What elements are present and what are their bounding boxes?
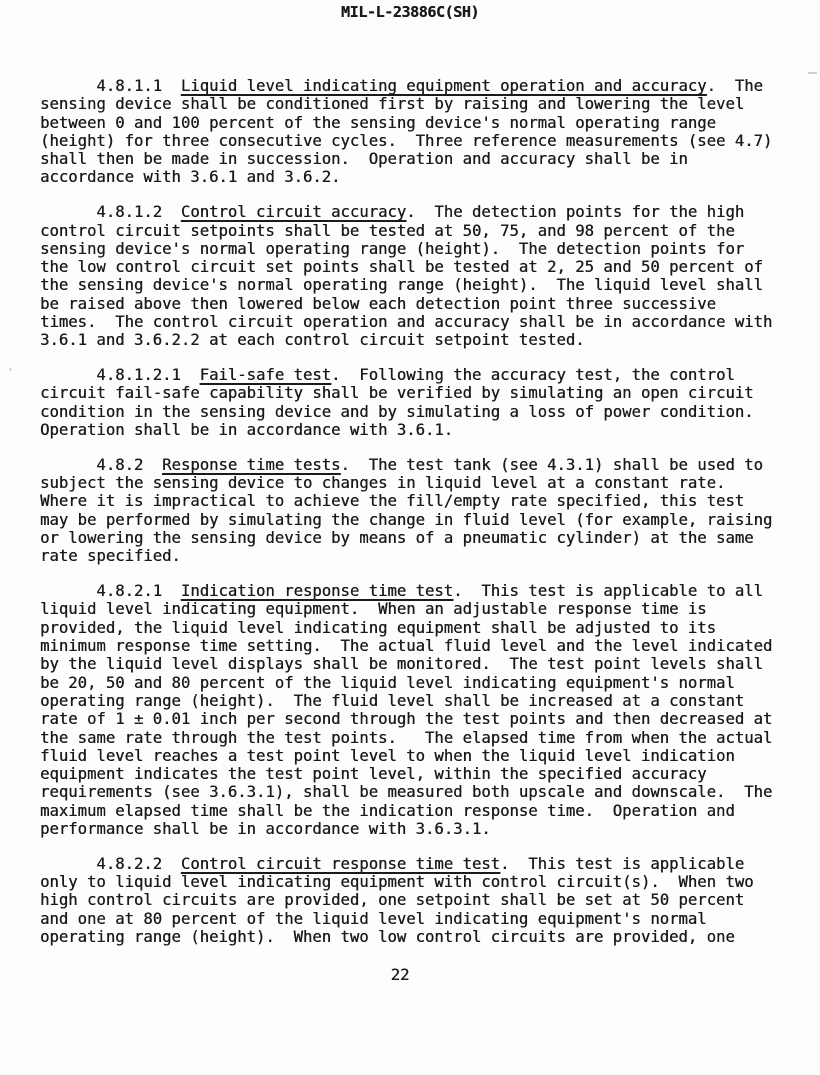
text-line: liquid level indicating equipment. When …	[40, 600, 800, 618]
text-line: be 20, 50 and 80 percent of the liquid l…	[40, 674, 800, 692]
document-page: MIL-L-23886C(SH) 4.8.1.1 Liquid level in…	[0, 0, 820, 1075]
text-line: operating range (height). When two low c…	[40, 928, 800, 946]
section-number: 4.8.2.2	[40, 855, 181, 873]
section-title: Response time tests	[162, 456, 340, 474]
text-line: fluid level reaches a test point level t…	[40, 747, 800, 765]
first-line-rest: . This test is applicable to all	[453, 582, 763, 600]
section-number: 4.8.1.2	[40, 203, 181, 221]
text-line: the low control circuit set points shall…	[40, 258, 800, 276]
scan-artifact	[808, 72, 817, 74]
text-line: the same rate through the test points. T…	[40, 729, 800, 747]
first-line-rest: . The test tank (see 4.3.1) shall be use…	[340, 456, 762, 474]
text-line: operating range (height). The fluid leve…	[40, 692, 800, 710]
text-line: rate of 1 ± 0.01 inch per second through…	[40, 710, 800, 728]
paragraph-first-line: 4.8.1.1 Liquid level indicating equipmen…	[40, 77, 800, 95]
text-line: between 0 and 100 percent of the sensing…	[40, 114, 800, 132]
text-line: provided, the liquid level indicating eq…	[40, 619, 800, 637]
text-line: 3.6.1 and 3.6.2.2 at each control circui…	[40, 331, 800, 349]
first-line-rest: . Following the accuracy test, the contr…	[331, 366, 735, 384]
paragraph-4.8.2.2: 4.8.2.2 Control circuit response time te…	[40, 855, 800, 946]
document-header: MIL-L-23886C(SH)	[0, 3, 820, 21]
section-title: Fail-safe test	[200, 366, 331, 384]
paragraph-first-line: 4.8.1.2 Control circuit accuracy. The de…	[40, 203, 800, 221]
text-line: and one at 80 percent of the liquid leve…	[40, 910, 800, 928]
paragraph-first-line: 4.8.1.2.1 Fail-safe test. Following the …	[40, 366, 800, 384]
text-line: sensing device's normal operating range …	[40, 240, 800, 258]
text-line: be raised above then lowered below each …	[40, 295, 800, 313]
text-line: or lowering the sensing device by means …	[40, 529, 800, 547]
text-line: shall then be made in succession. Operat…	[40, 150, 800, 168]
text-line: maximum elapsed time shall be the indica…	[40, 802, 800, 820]
paragraph-4.8.2.1: 4.8.2.1 Indication response time test. T…	[40, 582, 800, 838]
section-title: Control circuit accuracy	[181, 203, 406, 221]
section-title: Liquid level indicating equipment operat…	[181, 77, 707, 95]
text-line: condition in the sensing device and by s…	[40, 403, 800, 421]
text-line: only to liquid level indicating equipmen…	[40, 873, 800, 891]
text-line: control circuit setpoints shall be teste…	[40, 222, 800, 240]
text-line: by the liquid level displays shall be mo…	[40, 655, 800, 673]
paragraph-first-line: 4.8.2.2 Control circuit response time te…	[40, 855, 800, 873]
text-line: (height) for three consecutive cycles. T…	[40, 132, 800, 150]
section-number: 4.8.2.1	[40, 582, 181, 600]
text-line: Where it is impractical to achieve the f…	[40, 492, 800, 510]
scan-artifact	[9, 368, 12, 371]
text-line: equipment indicates the test point level…	[40, 765, 800, 783]
text-line: minimum response time setting. The actua…	[40, 637, 800, 655]
text-line: high control circuits are provided, one …	[40, 891, 800, 909]
text-line: Operation shall be in accordance with 3.…	[40, 421, 800, 439]
text-line: rate specified.	[40, 547, 800, 565]
document-body: 4.8.1.1 Liquid level indicating equipmen…	[40, 77, 800, 963]
text-line: accordance with 3.6.1 and 3.6.2.	[40, 168, 800, 186]
text-line: may be performed by simulating the chang…	[40, 511, 800, 529]
paragraph-4.8.2: 4.8.2 Response time tests. The test tank…	[40, 456, 800, 566]
text-line: times. The control circuit operation and…	[40, 313, 800, 331]
text-line: circuit fail-safe capability shall be ve…	[40, 384, 800, 402]
paragraph-4.8.1.2: 4.8.1.2 Control circuit accuracy. The de…	[40, 203, 800, 349]
section-title: Control circuit response time test	[181, 855, 500, 873]
section-number: 4.8.1.1	[40, 77, 181, 95]
text-line: subject the sensing device to changes in…	[40, 474, 800, 492]
first-line-rest: . This test is applicable	[500, 855, 744, 873]
section-number: 4.8.2	[40, 456, 162, 474]
text-line: sensing device shall be conditioned firs…	[40, 95, 800, 113]
paragraph-4.8.1.2.1: 4.8.1.2.1 Fail-safe test. Following the …	[40, 366, 800, 439]
first-line-rest: . The	[707, 77, 763, 95]
page-number: 22	[30, 966, 770, 984]
text-line: the sensing device's normal operating ra…	[40, 276, 800, 294]
paragraph-4.8.1.1: 4.8.1.1 Liquid level indicating equipmen…	[40, 77, 800, 187]
paragraph-first-line: 4.8.2.1 Indication response time test. T…	[40, 582, 800, 600]
section-title: Indication response time test	[181, 582, 453, 600]
text-line: performance shall be in accordance with …	[40, 820, 800, 838]
first-line-rest: . The detection points for the high	[406, 203, 744, 221]
text-line: requirements (see 3.6.3.1), shall be mea…	[40, 783, 800, 801]
section-number: 4.8.1.2.1	[40, 366, 200, 384]
paragraph-first-line: 4.8.2 Response time tests. The test tank…	[40, 456, 800, 474]
